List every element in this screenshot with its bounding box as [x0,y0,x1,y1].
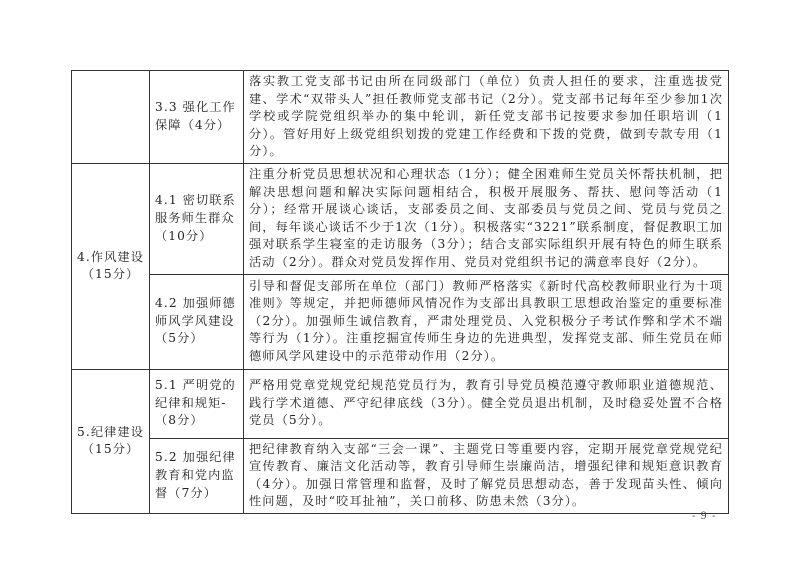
category-title: 4.作风建设 [77,249,144,267]
subitem-cell: 4.1 密切联系服务师生群众（10分） [150,163,244,274]
description-cell: 引导和督促支部所在单位（部门）教师严格落实《新时代高校教师职业行为十项准则》等规… [244,274,729,369]
table-row: 4.2 加强师德师风学风建设（5分） 引导和督促支部所在单位（部门）教师严格落实… [72,274,729,369]
subitem-cell: 4.2 加强师德师风学风建设（5分） [150,274,244,369]
table-row: 5.2 加强纪律教育和党内监督（7分） 把纪律教育纳入支部“三会一课”、主题党日… [72,438,729,513]
evaluation-rubric-table: 3.3 强化工作保障（4分） 落实教工党支部书记由所在同级部门（单位）负责人担任… [71,70,729,514]
description-cell: 注重分析党员思想状况和心理状态（1分）；健全困难师生党员关怀帮扶机制，把解决思想… [244,163,729,274]
page-number: - 9 - [692,511,716,522]
table-row: 5.纪律建设 （15分） 5.1 严明党的纪律和规矩-（8分） 严格用党章党规党… [72,369,729,438]
description-cell: 把纪律教育纳入支部“三会一课”、主题党日等重要内容，定期开展党章党规党纪宣传教育… [244,438,729,513]
description-cell: 落实教工党支部书记由所在同级部门（单位）负责人担任的要求，注重选拔党建、学术“双… [244,71,729,164]
category-cell [72,71,150,164]
category-score: （15分） [77,441,144,459]
category-cell: 4.作风建设 （15分） [72,163,150,369]
category-score: （15分） [77,266,144,284]
category-cell: 5.纪律建设 （15分） [72,369,150,513]
description-cell: 严格用党章党规党纪规范党员行为，教育引导党员模范遵守教师职业道德规范、践行学术道… [244,369,729,438]
subitem-cell: 5.2 加强纪律教育和党内监督（7分） [150,438,244,513]
subitem-cell: 5.1 严明党的纪律和规矩-（8分） [150,369,244,438]
category-title: 5.纪律建设 [77,424,144,442]
table-row: 3.3 强化工作保障（4分） 落实教工党支部书记由所在同级部门（单位）负责人担任… [72,71,729,164]
subitem-cell: 3.3 强化工作保障（4分） [150,71,244,164]
table-row: 4.作风建设 （15分） 4.1 密切联系服务师生群众（10分） 注重分析党员思… [72,163,729,274]
